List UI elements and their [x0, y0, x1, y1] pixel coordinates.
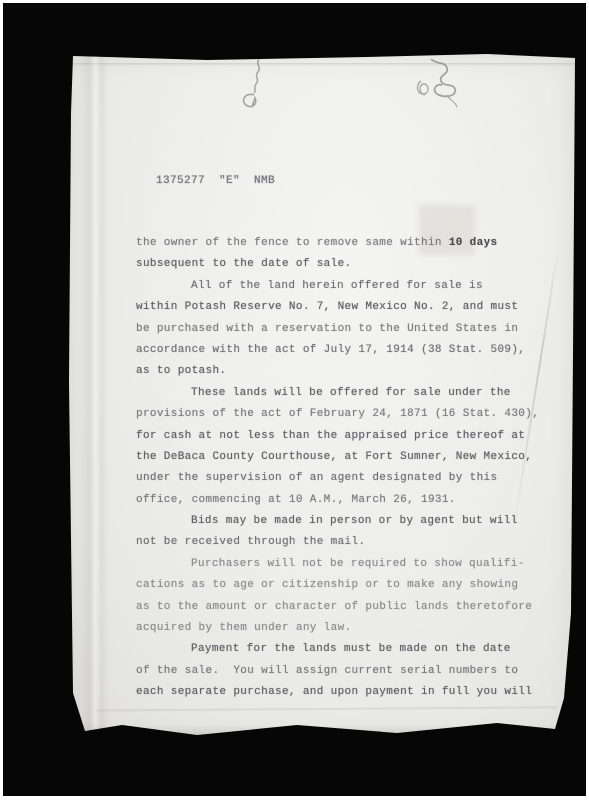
line-text: not be received through the mail.	[136, 536, 365, 548]
typewritten-line: as to potash.	[136, 361, 556, 382]
typewritten-line: not be received through the mail.	[136, 532, 556, 553]
paper-crease	[97, 706, 557, 712]
serial-number-header: 1375277 "E" NMB	[156, 175, 275, 187]
paper-edge-shadow	[67, 725, 577, 741]
line-text: These lands will be offered for sale und…	[191, 387, 511, 399]
typewritten-line: each separate purchase, and upon payment…	[136, 682, 556, 703]
line-text: the owner of the fence to remove same wi…	[136, 237, 449, 249]
line-text: accordance with the act of July 17, 1914…	[136, 344, 525, 356]
line-text: Bids may be made in person or by agent b…	[191, 515, 518, 527]
typewritten-line: provisions of the act of February 24, 18…	[136, 404, 556, 425]
line-text: All of the land herein offered for sale …	[191, 280, 483, 292]
typewritten-line: Purchasers will not be required to show …	[136, 554, 556, 575]
typewritten-text: the owner of the fence to remove same wi…	[136, 233, 556, 704]
line-text: be purchased with a reservation to the U…	[136, 323, 518, 335]
typewritten-line: of the sale. You will assign current ser…	[136, 661, 556, 682]
line-text: subsequent to the date of sale.	[136, 258, 351, 270]
line-text: office, commencing at 10 A.M., March 26,…	[136, 494, 456, 506]
emphasized-text: 10 days	[449, 237, 498, 249]
typewritten-line: accordance with the act of July 17, 1914…	[136, 340, 556, 361]
typewritten-line: for cash at not less than the appraised …	[136, 426, 556, 447]
typewritten-line: as to the amount or character of public …	[136, 597, 556, 618]
typewritten-line: These lands will be offered for sale und…	[136, 383, 556, 404]
line-text: for cash at not less than the appraised …	[136, 430, 525, 442]
typewritten-line: cations as to age or citizenship or to m…	[136, 575, 556, 596]
line-text: as to the amount or character of public …	[136, 601, 532, 613]
line-text: Payment for the lands must be made on th…	[191, 643, 511, 655]
typewritten-line: subsequent to the date of sale.	[136, 254, 556, 275]
line-text: of the sale. You will assign current ser…	[136, 665, 518, 677]
line-text: the DeBaca County Courthouse, at Fort Su…	[136, 451, 532, 463]
handwritten-mark	[401, 55, 467, 113]
line-text: under the supervision of an agent design…	[136, 472, 497, 484]
typewritten-line: office, commencing at 10 A.M., March 26,…	[136, 490, 556, 511]
typewritten-line: acquired by them under any law.	[136, 618, 556, 639]
line-text: as to potash.	[136, 365, 226, 377]
typewritten-line: the DeBaca County Courthouse, at Fort Su…	[136, 447, 556, 468]
typewritten-line: Bids may be made in person or by agent b…	[136, 511, 556, 532]
typewritten-line: be purchased with a reservation to the U…	[136, 319, 556, 340]
line-text: acquired by them under any law.	[136, 622, 351, 634]
paper-crease	[67, 63, 577, 66]
photo-black-frame: 1375277 "E" NMB the owner of the fence t…	[3, 3, 586, 796]
scanned-document-photo: 1375277 "E" NMB the owner of the fence t…	[0, 0, 589, 800]
line-text: cations as to age or citizenship or to m…	[136, 579, 518, 591]
handwritten-mark	[229, 57, 275, 117]
typewritten-page: 1375277 "E" NMB the owner of the fence t…	[67, 53, 577, 741]
line-text: Purchasers will not be required to show …	[191, 558, 525, 570]
line-text: provisions of the act of February 24, 18…	[136, 408, 539, 420]
typewritten-line: under the supervision of an agent design…	[136, 468, 556, 489]
line-text: each separate purchase, and upon payment…	[136, 686, 532, 698]
paper-fold	[79, 53, 109, 741]
line-text: within Potash Reserve No. 7, New Mexico …	[136, 301, 518, 313]
typewritten-line: All of the land herein offered for sale …	[136, 276, 556, 297]
typewritten-line: the owner of the fence to remove same wi…	[136, 233, 556, 254]
typewritten-line: Payment for the lands must be made on th…	[136, 639, 556, 660]
typewritten-line: within Potash Reserve No. 7, New Mexico …	[136, 297, 556, 318]
